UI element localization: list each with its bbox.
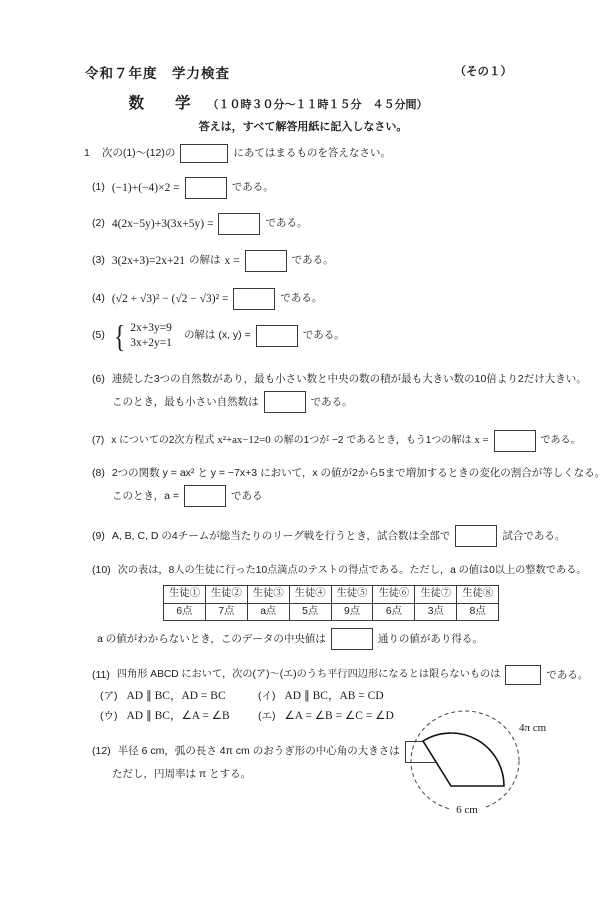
problem-9-number: (9) (92, 529, 105, 544)
score-value-cell: 9点 (331, 603, 373, 621)
answer-box-q10 (331, 628, 373, 650)
problem-8-question: このとき，a = (112, 489, 179, 504)
problem-3: (3) 3(2x+3)=2x+21 の解は x = である。 (66, 250, 560, 272)
problem-1-expression: (−1)+(−4)×2 = (112, 180, 180, 197)
subject-title: 数 学 (129, 95, 191, 112)
option-d-text: ∠A = ∠B = ∠C = ∠D (285, 708, 394, 725)
problem-1: (1) (−1)+(−4)×2 = である。 (66, 177, 560, 199)
answer-box-q7 (494, 430, 536, 452)
score-value-cell: 8点 (457, 603, 499, 621)
score-header-cell: 生徒④ (289, 585, 331, 603)
exam-time-info: （１０時３０分～１１時１５分 ４５分間） (207, 99, 427, 111)
problem-12-note: ただし，円周率は π とする。 (112, 767, 251, 782)
sector-figure: 4π cm 6 cm (405, 704, 567, 818)
problem-10-question: a の値がわからないとき，このデータの中央値は (97, 632, 326, 647)
problem-11-statement: 四角形 ABCD において，次の(ア)～(エ)のうち平行四辺形になるとは限らない… (117, 668, 501, 683)
score-value-cell: 6点 (164, 603, 206, 621)
problem-5-text: の解は (x, y) = (184, 328, 251, 343)
exam-instruction: 答えは，すべて解答用紙に記入しなさい。 (66, 120, 560, 136)
problem-8-statement: 2つの関数 y = ax² と y = −7x+3 において，x の値が2から5… (112, 466, 600, 481)
question1-number: 1 (84, 146, 90, 161)
option-d-label: (エ) (258, 709, 276, 724)
answer-box-q6 (264, 391, 306, 413)
problem-10-suffix: 通りの値があり得る。 (378, 632, 483, 647)
problem-7-suffix: である。 (541, 434, 581, 449)
problem-11-suffix: である。 (546, 668, 588, 683)
option-b: (イ) AD ∥ BC，AB = CD (258, 688, 384, 705)
problem-12-number: (12) (92, 744, 111, 759)
system-equation-2: 3x+2y=1 (130, 336, 172, 351)
radius-label: 6 cm (456, 804, 478, 816)
score-value-cell: 5点 (289, 603, 331, 621)
era-title: 令和７年度 学力検査 (85, 64, 230, 84)
question1-intro-pre: 次の(1)～(12)の (102, 146, 176, 161)
header-row: 令和７年度 学力検査 （その１） (66, 64, 560, 84)
system-brace: { (114, 320, 126, 352)
problem-12-statement: 半径 6 cm，弧の長さ 4π cm のおうぎ形の中心角の大きさは (118, 744, 400, 759)
problem-7: (7) x についての2次方程式 x²+ax−12=0 の解の1つが −2 であ… (66, 430, 560, 452)
problem-8-number: (8) (92, 466, 105, 481)
sector-shape (423, 733, 504, 786)
answer-box-q4 (233, 288, 275, 310)
problem-10: (10) 次の表は，8人の生徒に行った10点満点のテストの得点である。ただし，a… (66, 563, 560, 650)
score-value-cell: a点 (247, 603, 289, 621)
problem-7-equation: x²+ax−12=0 (217, 433, 270, 449)
option-b-label: (イ) (258, 689, 276, 704)
score-header-cell: 生徒③ (247, 585, 289, 603)
problem-7-solution-var: x = (474, 433, 488, 449)
problem-3-number: (3) (92, 253, 105, 268)
page-number-label: （その１） (455, 64, 513, 81)
problem-10-number: (10) (92, 563, 111, 578)
system-equation-1: 2x+3y=9 (130, 321, 172, 336)
problem-3-suffix: である。 (292, 253, 334, 268)
problem-4-expression: (√2 + √3)² − (√2 − √3)² = (112, 291, 229, 308)
score-table: 生徒① 生徒② 生徒③ 生徒④ 生徒⑤ 生徒⑥ 生徒⑦ 生徒⑧ 6点 7点 a点… (163, 585, 499, 622)
score-value-cell: 3点 (415, 603, 457, 621)
question1-intro: 1 次の(1)～(12)の にあてはまるものを答えなさい。 (66, 144, 560, 163)
problem-4: (4) (√2 + √3)² − (√2 − √3)² = である。 (66, 288, 560, 310)
problem-5-system: { 2x+3y=9 3x+2y=1 (112, 320, 172, 352)
answer-box-intro (180, 144, 228, 163)
option-a-text: AD ∥ BC，AD = BC (127, 688, 226, 705)
problem-4-number: (4) (92, 291, 105, 306)
problem-2: (2) 4(2x−5y)+3(3x+5y) = である。 (66, 213, 560, 235)
problem-8-suffix: である (231, 489, 263, 504)
score-header-cell: 生徒⑧ (457, 585, 499, 603)
problem-3-solution-var: x = (224, 253, 239, 270)
problem-10-statement: 次の表は，8人の生徒に行った10点満点のテストの得点である。ただし，a の値は0… (118, 564, 587, 579)
exam-page: 令和７年度 学力検査 （その１） 数 学 （１０時３０分～１１時１５分 ４５分間… (0, 0, 600, 900)
problem-3-text: の解は (189, 253, 221, 268)
problem-2-number: (2) (92, 216, 105, 231)
problem-5-number: (5) (92, 328, 105, 343)
option-a: (ア) AD ∥ BC，AD = BC (100, 688, 258, 705)
problem-7-text1: x についての2次方程式 (111, 434, 214, 449)
problem-6-question: このとき，最も小さい自然数は (112, 395, 259, 410)
score-header-cell: 生徒① (164, 585, 206, 603)
problem-9-suffix: 試合である。 (502, 529, 565, 544)
problem-6-suffix: である。 (311, 395, 353, 410)
question1-intro-post: にあてはまるものを答えなさい。 (233, 146, 391, 161)
option-c-text: AD ∥ BC，∠A = ∠B (127, 708, 230, 725)
subject-row: 数 学 （１０時３０分～１１時１５分 ４５分間） (66, 93, 560, 115)
answer-box-q11 (505, 665, 541, 685)
problem-6-number: (6) (92, 372, 105, 387)
problem-9: (9) A, B, C, D の4チームが総当たりのリーグ戦を行うとき，試合数は… (66, 525, 560, 547)
score-value-cell: 6点 (373, 603, 415, 621)
option-b-text: AD ∥ BC，AB = CD (285, 688, 384, 705)
problem-1-number: (1) (92, 180, 105, 195)
option-c-label: (ウ) (100, 709, 118, 724)
problem-4-suffix: である。 (280, 291, 322, 306)
problem-7-text2: の解の1つが −2 であるとき，もう1つの解は (274, 434, 472, 449)
score-table-value-row: 6点 7点 a点 5点 9点 6点 3点 8点 (164, 603, 499, 621)
answer-box-q2 (218, 213, 260, 235)
problem-5-suffix: である。 (303, 328, 345, 343)
system-equations: 2x+3y=9 3x+2y=1 (130, 321, 172, 351)
problem-8: (8) 2つの関数 y = ax² と y = −7x+3 において，x の値が… (66, 466, 560, 507)
problem-1-suffix: である。 (232, 180, 274, 195)
problem-6: (6) 連続した3つの自然数があり，最も小さい数と中央の数の積が最も大きい数の1… (66, 372, 560, 413)
problem-5: (5) { 2x+3y=9 3x+2y=1 の解は (x, y) = である。 (66, 320, 560, 352)
option-a-label: (ア) (100, 689, 118, 704)
answer-box-q5 (256, 325, 298, 347)
score-table-header-row: 生徒① 生徒② 生徒③ 生徒④ 生徒⑤ 生徒⑥ 生徒⑦ 生徒⑧ (164, 585, 499, 603)
answer-box-q3 (245, 250, 287, 272)
problem-11-number: (11) (92, 668, 110, 683)
answer-box-q9 (455, 525, 497, 547)
score-header-cell: 生徒⑥ (373, 585, 415, 603)
score-header-cell: 生徒⑤ (331, 585, 373, 603)
option-d: (エ) ∠A = ∠B = ∠C = ∠D (258, 708, 394, 725)
problem-3-equation: 3(2x+3)=2x+21 (112, 253, 185, 270)
problem-7-number: (7) (92, 434, 104, 449)
arc-length-label: 4π cm (519, 722, 547, 734)
problem-2-expression: 4(2x−5y)+3(3x+5y) = (112, 216, 214, 233)
option-c: (ウ) AD ∥ BC，∠A = ∠B (100, 708, 258, 725)
score-value-cell: 7点 (205, 603, 247, 621)
problem-6-statement: 連続した3つの自然数があり，最も小さい数と中央の数の積が最も大きい数の10倍より… (112, 372, 587, 387)
score-header-cell: 生徒② (205, 585, 247, 603)
score-header-cell: 生徒⑦ (415, 585, 457, 603)
problem-2-suffix: である。 (265, 216, 307, 231)
problem-9-statement: A, B, C, D の4チームが総当たりのリーグ戦を行うとき，試合数は全部で (112, 529, 451, 544)
answer-box-q1 (185, 177, 227, 199)
answer-box-q8 (184, 485, 226, 507)
